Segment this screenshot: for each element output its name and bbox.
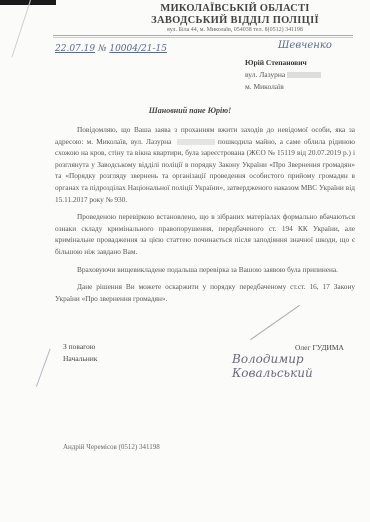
paragraph-4: Дане рішення Ви можете оскаржити у поряд… — [55, 281, 355, 304]
registration-stamp: 22.07.19 № 10004/21-15 — [55, 44, 167, 54]
handwritten-note: Шевченко — [278, 40, 332, 51]
recipient-name: Юрій Степанович — [245, 58, 307, 67]
redacted-block — [177, 139, 215, 145]
signature: Володимир Ковальський — [232, 352, 370, 380]
recipient-street: вул. Лазурна — [245, 70, 321, 79]
header-address: вул. Біла 44, м. Миколаїв, 054038 тел. 8… — [100, 27, 370, 33]
closing-regards: З повагою — [63, 341, 97, 353]
paragraph-1-end: пошкодила майно, а саме облила рідиною с… — [55, 137, 355, 204]
scan-line — [11, 0, 30, 57]
paragraph-2: Проведеною перевіркою встановлено, що в … — [55, 211, 355, 257]
greeting: Шановний пане Юрію! — [30, 106, 350, 115]
registration-number-prefix: № — [98, 44, 107, 54]
header-department: ЗАВОДСЬКИЙ ВІДДІЛ ПОЛІЦІЇ — [100, 15, 370, 26]
redacted-block — [287, 72, 321, 78]
header-divider-2 — [53, 37, 353, 38]
recipient-city: м. Миколаїв — [245, 82, 284, 91]
registration-date: 22.07.19 — [55, 44, 95, 54]
initials-scrawl — [36, 349, 74, 395]
letter-body: Повідомляю, що Ваша заява з проханням вж… — [55, 124, 355, 310]
header-region: МИКОЛАЇВСЬКІЙ ОБЛАСТІ — [100, 3, 370, 14]
executor-contact: Андрій Черемісов (0512) 341198 — [63, 443, 160, 451]
signer-name: Олег ГУДИМА — [295, 343, 344, 352]
header-divider — [53, 35, 353, 36]
paragraph-1: Повідомляю, що Ваша заява з проханням вж… — [55, 124, 355, 205]
recipient-street-text: вул. Лазурна — [245, 70, 285, 79]
paragraph-3: Враховуючи вищевикладене подальша переві… — [55, 264, 355, 276]
registration-number: 10004/21-15 — [109, 44, 167, 54]
